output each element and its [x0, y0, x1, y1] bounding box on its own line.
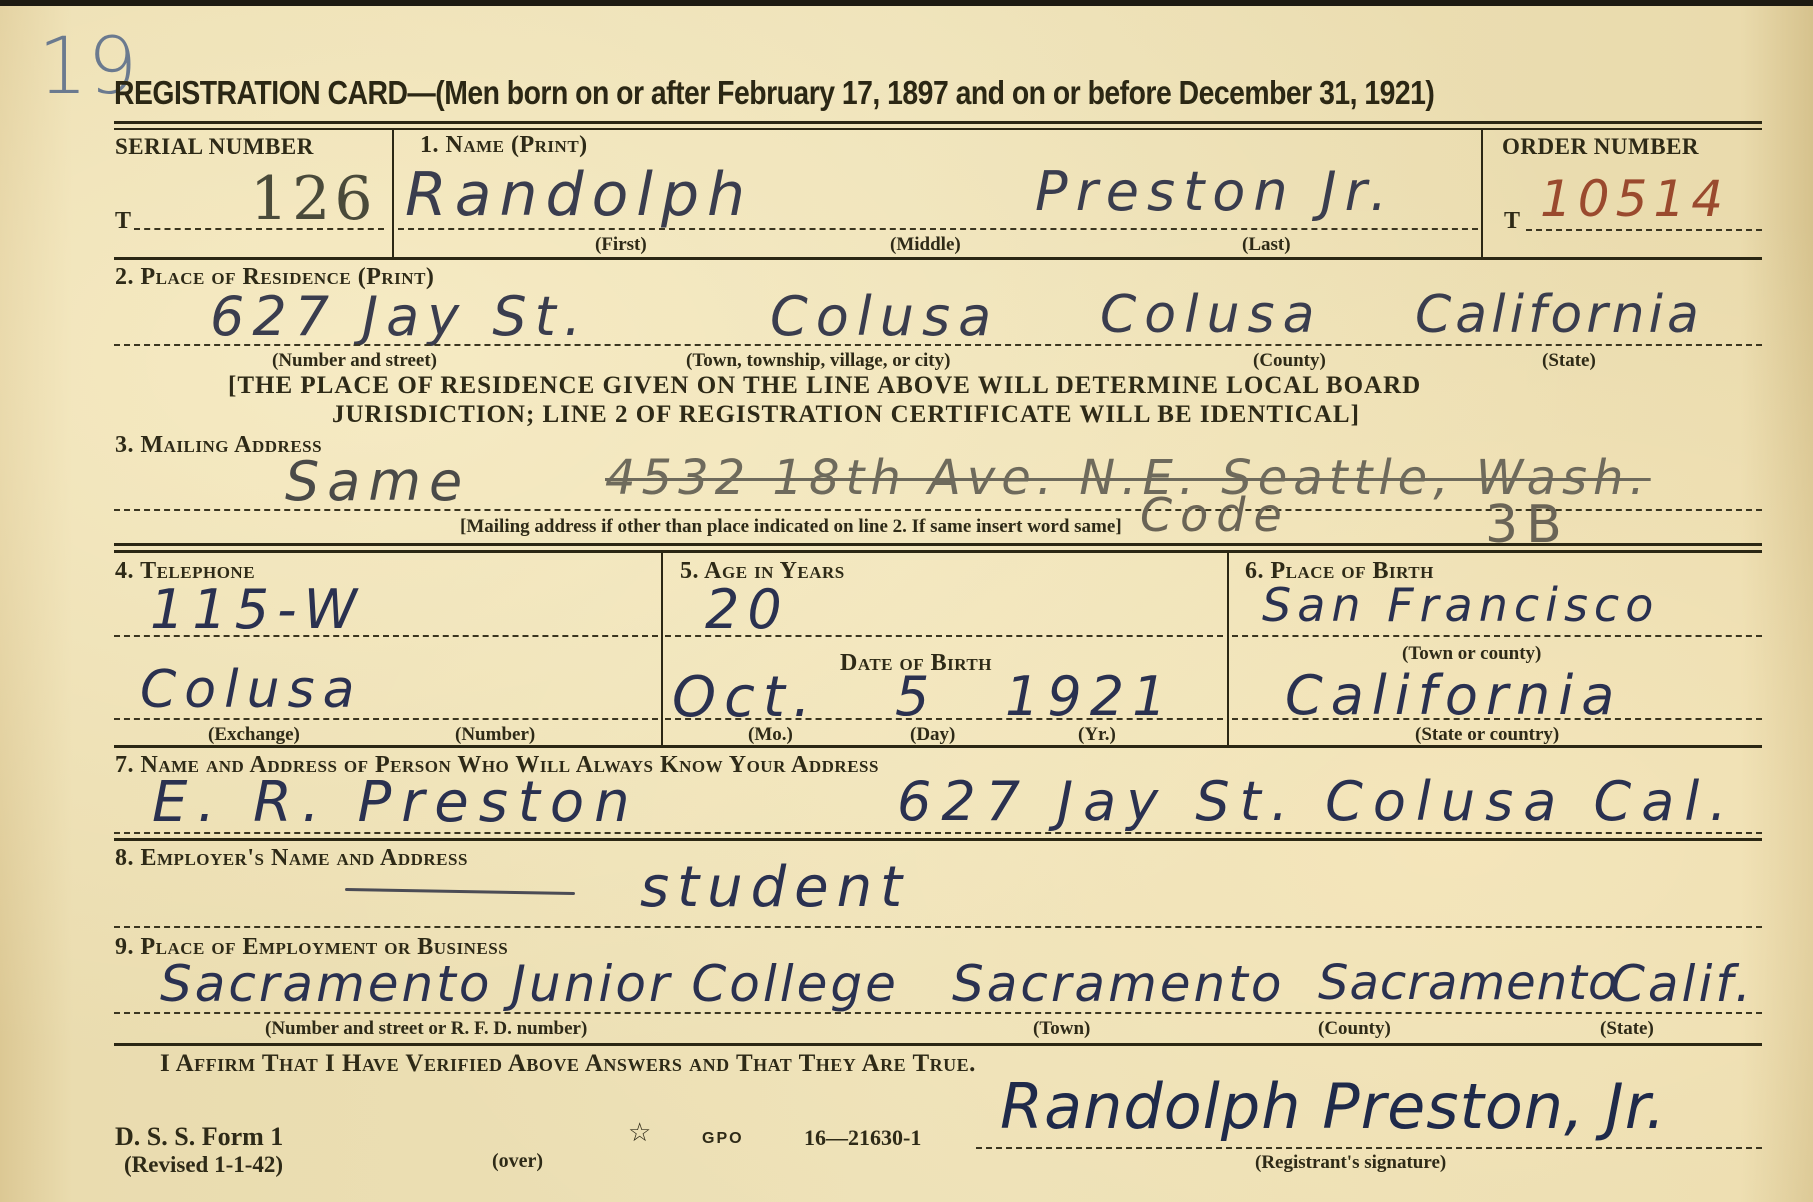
residence-county: Colusa: [1100, 285, 1322, 345]
divider: [1227, 553, 1229, 745]
employment-street-caption: (Number and street or R. F. D. number): [265, 1018, 587, 1040]
form-revised: (Revised 1-1-42): [124, 1152, 283, 1178]
telephone-line: [114, 635, 658, 637]
divider: [661, 553, 663, 745]
residence-state: California: [1415, 285, 1703, 345]
serial-number-label: SERIAL NUMBER: [115, 134, 314, 160]
first-name-value: Randolph: [405, 160, 753, 230]
employer-line: [114, 926, 1762, 928]
age-value: 20: [705, 578, 790, 641]
rule: [114, 550, 1762, 553]
telephone-exchange: Colusa: [140, 660, 362, 720]
rule: [114, 121, 1762, 124]
signature-line: [976, 1147, 1762, 1149]
registration-card: 19 REGISTRATION CARD—(Men born on or aft…: [0, 0, 1813, 1202]
exchange-caption: (Exchange): [208, 724, 300, 746]
order-line: [1526, 229, 1762, 231]
birthplace-town-caption: (Town or county): [1402, 643, 1541, 665]
birthplace-state-line: [1232, 718, 1762, 720]
star-icon: ☆: [628, 1118, 651, 1148]
residence-notice-line2: JURISDICTION; LINE 2 OF REGISTRATION CER…: [332, 401, 1360, 429]
middle-caption: (Middle): [890, 234, 961, 256]
contact-line: [114, 832, 1762, 834]
birthplace-town: San Francisco: [1262, 578, 1659, 632]
rule: [114, 543, 1762, 546]
rule: [114, 745, 1762, 748]
serial-value: 126: [250, 164, 377, 234]
employment-place: Sacramento Junior College: [160, 955, 899, 1013]
dob-month: Oct.: [672, 665, 819, 730]
employer-dash-mark: [345, 888, 575, 895]
employment-state: Calif.: [1610, 955, 1754, 1013]
name-line: [398, 228, 1478, 230]
over-note: (over): [492, 1150, 543, 1173]
residence-town: Colusa: [770, 285, 999, 348]
mailing-value: Same: [285, 450, 470, 513]
age-line: [665, 635, 1223, 637]
rule: [114, 838, 1762, 841]
affirm-text: I Affirm That I Have Verified Above Answ…: [160, 1050, 976, 1078]
last-caption: (Last): [1242, 234, 1291, 256]
exchange-line: [114, 718, 658, 720]
number-caption: (Number): [455, 724, 535, 746]
print-code: 16—21630-1: [804, 1125, 921, 1151]
rule: [114, 257, 1762, 260]
contact-address: 627 Jay St. Colusa Cal.: [897, 770, 1736, 833]
pencil-note: Code: [1140, 488, 1290, 542]
registrant-signature: Randolph Preston, Jr.: [1000, 1070, 1666, 1143]
month-caption: (Mo.): [748, 724, 793, 746]
rule: [114, 128, 1762, 130]
street-caption: (Number and street): [272, 350, 437, 372]
last-name-value: Preston Jr.: [1035, 160, 1395, 223]
gpo-mark: GPO: [702, 1130, 744, 1148]
residence-line: [114, 344, 1762, 346]
pencil-code: 3B: [1485, 495, 1570, 555]
serial-prefix: T: [115, 208, 132, 235]
contact-name: E. R. Preston: [152, 770, 640, 835]
state-caption: (State): [1542, 350, 1596, 372]
dob-line: [665, 718, 1223, 720]
day-caption: (Day): [910, 724, 955, 746]
employer-value: student: [640, 855, 910, 920]
employment-town: Sacramento: [952, 955, 1284, 1013]
card-title: REGISTRATION CARD—(Men born on or after …: [114, 74, 1434, 112]
county-caption: (County): [1253, 350, 1326, 372]
form-id: D. S. S. Form 1: [115, 1122, 283, 1152]
divider: [1481, 130, 1483, 258]
employment-county-caption: (County): [1318, 1018, 1391, 1040]
name-label: 1. Name (Print): [420, 132, 588, 159]
employment-line: [114, 1012, 1762, 1014]
town-caption: (Town, township, village, or city): [686, 350, 950, 372]
signature-caption: (Registrant's signature): [1255, 1152, 1446, 1174]
order-prefix: T: [1504, 208, 1521, 235]
mailing-caption: [Mailing address if other than place ind…: [460, 516, 1122, 538]
year-caption: (Yr.): [1078, 724, 1116, 746]
first-caption: (First): [595, 234, 647, 256]
employment-town-caption: (Town): [1033, 1018, 1090, 1040]
birthplace-town-line: [1232, 635, 1762, 637]
divider: [392, 130, 394, 258]
rule: [114, 1043, 1762, 1046]
employment-state-caption: (State): [1600, 1018, 1654, 1040]
order-number-label: ORDER NUMBER: [1502, 134, 1699, 160]
order-value: 10514: [1540, 170, 1729, 228]
telephone-number: 115-W: [150, 578, 365, 641]
employer-label: 8. Employer's Name and Address: [115, 845, 468, 872]
birthplace-state-caption: (State or country): [1415, 724, 1559, 746]
card-top-edge: [0, 0, 1813, 6]
employment-county: Sacramento: [1318, 955, 1618, 1011]
residence-notice-line1: [THE PLACE OF RESIDENCE GIVEN ON THE LIN…: [228, 372, 1421, 400]
residence-street: 627 Jay St.: [210, 285, 589, 348]
